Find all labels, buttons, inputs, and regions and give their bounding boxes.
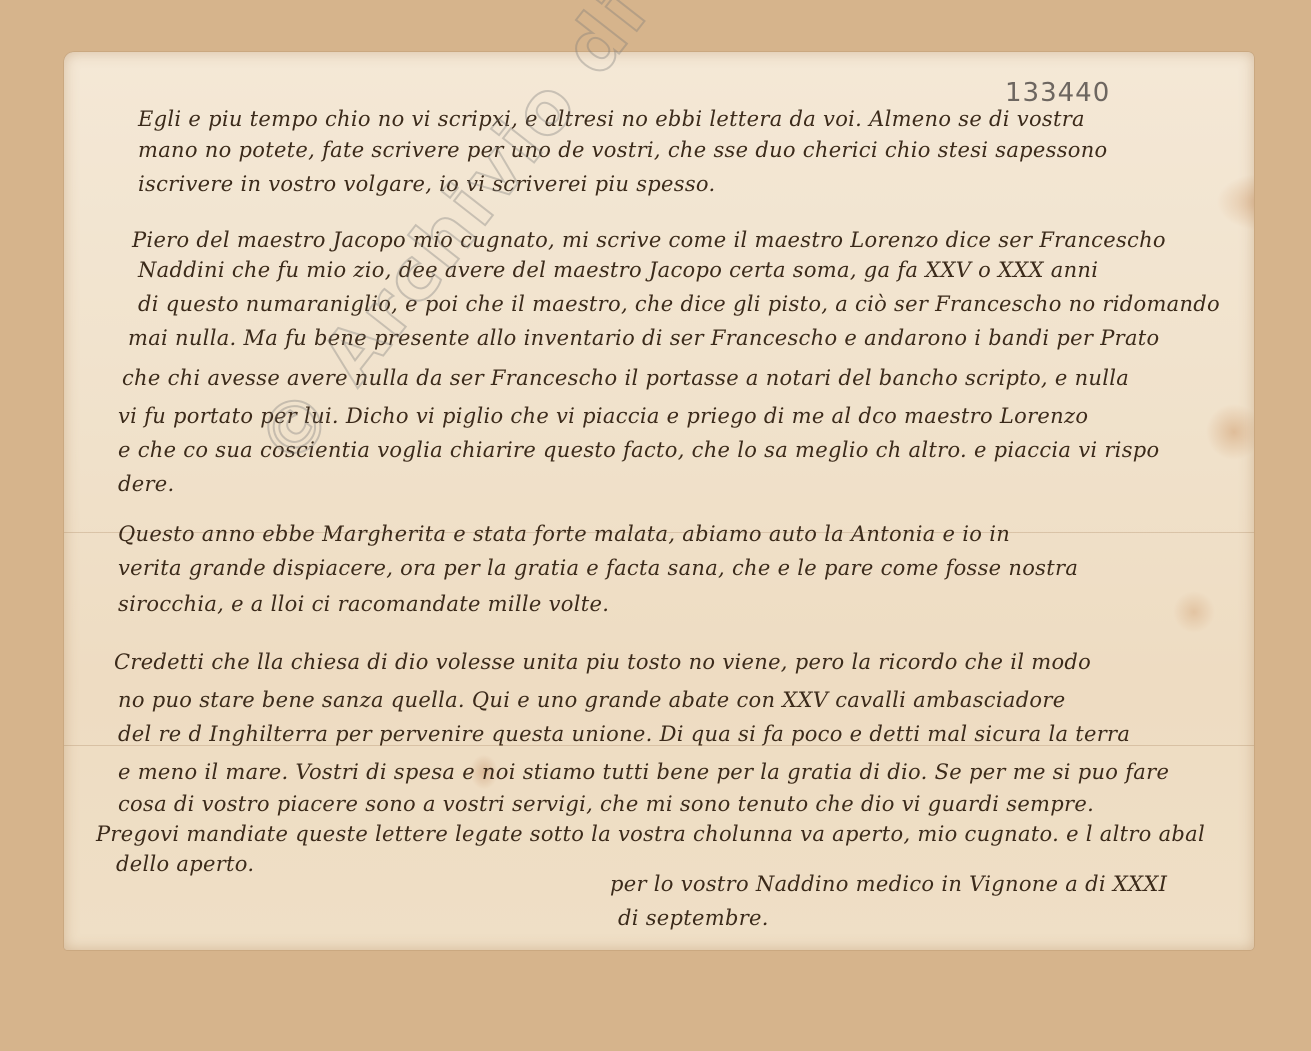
letter-line: Questo anno ebbe Margherita e stata fort… xyxy=(118,522,1010,546)
letter-line: Piero del maestro Jacopo mio cugnato, mi… xyxy=(132,228,1166,252)
letter-line: no puo stare bene sanza quella. Qui e un… xyxy=(118,688,1065,712)
letter-line: e che co sua coscientia voglia chiarire … xyxy=(118,438,1159,462)
letter-line: iscrivere in vostro volgare, io vi scriv… xyxy=(138,172,715,196)
letter-line: dere. xyxy=(118,472,175,496)
letter-line: Egli e piu tempo chio no vi scripxi, e a… xyxy=(138,107,1085,131)
letter-line: Pregovi mandiate queste lettere legate s… xyxy=(96,822,1205,846)
letter-line: verita grande dispiacere, ora per la gra… xyxy=(118,556,1078,580)
letter-line: sirocchia, e a lloi ci racomandate mille… xyxy=(118,592,609,616)
letter-line: Naddini che fu mio zio, dee avere del ma… xyxy=(138,258,1098,282)
letter-line: Credetti che lla chiesa di dio volesse u… xyxy=(114,650,1091,674)
letter-line: del re d Inghilterra per pervenire quest… xyxy=(118,722,1130,746)
letter-line: vi fu portato per lui. Dicho vi piglio c… xyxy=(118,404,1088,428)
letter-line: cosa di vostro piacere sono a vostri ser… xyxy=(118,792,1094,816)
letter-line: di questo numaraniglio, e poi che il mae… xyxy=(138,292,1220,316)
archive-number: 133440 xyxy=(1005,78,1110,108)
letter-line: mai nulla. Ma fu bene presente allo inve… xyxy=(128,326,1159,350)
letter-line: e meno il mare. Vostri di spesa e noi st… xyxy=(118,760,1169,784)
letter-line: dello aperto. xyxy=(116,852,254,876)
letter-line: che chi avesse avere nulla da ser France… xyxy=(122,366,1129,390)
letter-line: mano no potete, fate scrivere per uno de… xyxy=(138,138,1108,162)
date-line: di septembre. xyxy=(618,906,769,930)
signature-line: per lo vostro Naddino medico in Vignone … xyxy=(610,872,1167,896)
